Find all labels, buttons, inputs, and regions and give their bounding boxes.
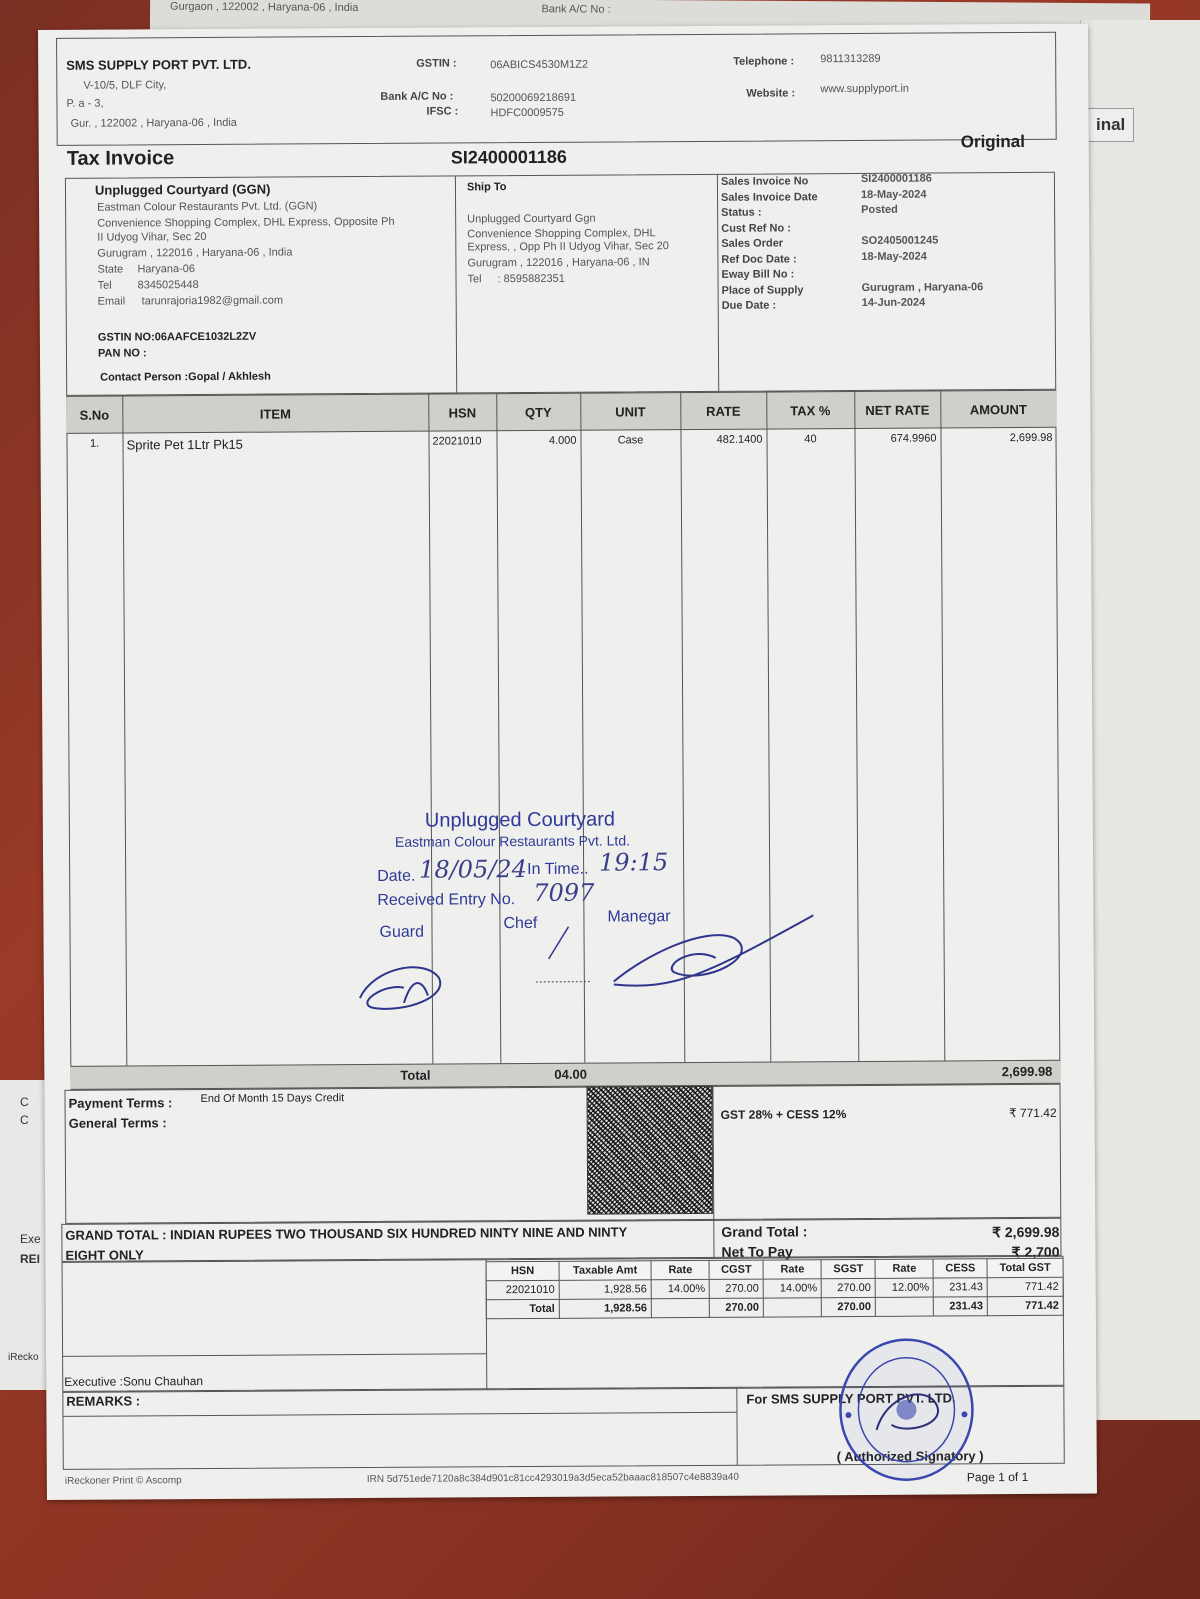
column-header: QTY — [496, 405, 580, 421]
bill-to-tel-label: Tel — [98, 280, 112, 292]
gst-total-cell: 231.43 — [934, 1297, 988, 1316]
telephone-label: Telephone : — [733, 55, 794, 67]
meta-label: Place of Supply — [722, 284, 804, 297]
bill-to-name: Unplugged Courtyard (GGN) — [95, 182, 271, 198]
gst-total-cell: 270.00 — [822, 1297, 876, 1316]
receipt-time-label: In Time.. — [527, 861, 588, 879]
meta-label: Sales Order — [721, 237, 783, 249]
meta-value: 18-May-2024 — [861, 188, 927, 200]
meta-value: Gurugram , Haryana-06 — [862, 281, 984, 294]
background-sheet-right: inal — [1080, 20, 1200, 1420]
bill-to-line: Gurugram , 122016 , Haryana-06 , India — [97, 246, 292, 259]
gst-total-cell: 270.00 — [710, 1298, 764, 1317]
bill-to-tel: 8345025448 — [138, 279, 199, 291]
seller-ifsc: HDFC0009575 — [490, 107, 563, 119]
gst-total-cell — [875, 1297, 933, 1316]
gst-breakup-table: HSNTaxable AmtRateCGSTRateSGSTRateCESSTo… — [486, 1258, 1064, 1320]
gst-column-header: Rate — [651, 1260, 709, 1279]
bill-to-line: Convenience Shopping Complex, DHL Expres… — [97, 216, 394, 230]
bill-to-line: Eastman Colour Restaurants Pvt. Ltd. (GG… — [97, 200, 317, 213]
company-seal — [836, 1334, 977, 1485]
bg-text: Gurgaon , 122002 , Haryana-06 , India — [170, 1, 358, 14]
gst-column-header: CGST — [709, 1260, 763, 1279]
bill-to-gstin: GSTIN NO:06AAFCE1032L2ZV — [98, 331, 256, 344]
gstin-label: GSTIN : — [416, 57, 456, 69]
bill-to-state-label: State — [97, 263, 123, 275]
gst-total-row: Total1,928.56270.00270.00231.43771.42 — [486, 1296, 1063, 1319]
ship-to-tel-label: Tel — [467, 273, 481, 285]
invoice-number: SI2400001186 — [451, 147, 567, 169]
bg-text: C — [20, 1113, 29, 1127]
items-total-label: Total — [400, 1068, 430, 1083]
receipt-time-value: 19:15 — [599, 848, 668, 876]
gst-cell: 14.00% — [651, 1279, 709, 1298]
item-cell-hsn: 22021010 — [432, 435, 492, 447]
item-cell-net_rate: 674.9960 — [858, 433, 936, 445]
print-credit: iReckoner Print © Ascomp — [65, 1475, 182, 1487]
bg-text: Exe — [20, 1232, 41, 1246]
item-cell-unit: Case — [584, 434, 676, 447]
payment-terms-value: End Of Month 15 Days Credit — [200, 1092, 344, 1105]
ifsc-label: IFSC : — [426, 105, 458, 117]
bg-text: C — [20, 1095, 29, 1109]
meta-label: Ref Doc Date : — [721, 253, 796, 265]
ship-to-tel: : 8595882351 — [497, 273, 564, 285]
seller-address-3: Gur. , 122002 , Haryana-06 , India — [71, 117, 237, 130]
seller-address-2: P. a - 3, — [66, 98, 103, 110]
gst-column-header: HSN — [486, 1261, 559, 1280]
bill-to-email-label: Email — [98, 295, 126, 307]
bank-ac-label: Bank A/C No : — [380, 90, 453, 102]
grand-total-label: Grand Total : — [721, 1223, 807, 1240]
item-cell-rate: 482.1400 — [684, 434, 762, 446]
meta-label: Cust Ref No : — [721, 222, 791, 234]
bg-original-tab: inal — [1087, 108, 1134, 142]
bill-to-line: II Udyog Vihar, Sec 20 — [97, 231, 206, 244]
gst-column-header: Rate — [875, 1259, 933, 1278]
page-number: Page 1 of 1 — [967, 1470, 1028, 1484]
gst-column-header: Taxable Amt — [559, 1261, 651, 1281]
contact-person: Contact Person :Gopal / Akhlesh — [100, 371, 271, 384]
gst-cell: 12.00% — [875, 1278, 933, 1297]
ship-to-line: Convenience Shopping Complex, DHL — [467, 227, 655, 240]
meta-label: Eway Bill No : — [721, 268, 794, 280]
column-header: S.No — [66, 407, 122, 422]
signature-scribbles — [343, 885, 814, 1018]
column-header: TAX % — [766, 403, 854, 419]
bill-to-pan: PAN NO : — [98, 347, 147, 359]
invoice-document: SMS SUPPLY PORT PVT. LTD. V-10/5, DLF Ci… — [38, 24, 1097, 1500]
gst-column-header: SGST — [821, 1259, 875, 1278]
bill-to-email[interactable]: tarunrajoria1982@gmail.com — [142, 295, 283, 308]
seller-bank-ac: 50200069218691 — [490, 92, 576, 105]
column-header: UNIT — [580, 404, 680, 420]
grand-total-value: ₹ 2,699.98 — [925, 1224, 1059, 1242]
meta-value: Posted — [861, 204, 898, 216]
copy-type: Original — [961, 132, 1025, 152]
bg-text: Bank A/C No : — [541, 3, 610, 15]
meta-value: SO2405001245 — [861, 235, 938, 247]
seller-website[interactable]: www.supplyport.in — [820, 83, 909, 96]
ship-to-line: Gurugram , 122016 , Haryana-06 , IN — [467, 256, 649, 269]
gst-total-cell: 771.42 — [987, 1296, 1063, 1315]
ship-to-line: Unplugged Courtyard Ggn — [467, 213, 595, 226]
bg-text: iRecko — [8, 1352, 39, 1363]
document-title: Tax Invoice — [67, 147, 175, 171]
column-header: RATE — [680, 404, 766, 420]
bill-to-state: Haryana-06 — [137, 263, 195, 275]
gst-cell: 270.00 — [710, 1279, 764, 1298]
column-header: ITEM — [122, 406, 428, 423]
gst-column-header: Rate — [763, 1260, 821, 1279]
gst-total-cell: 1,928.56 — [559, 1299, 651, 1319]
item-cell-tax: 40 — [770, 433, 850, 445]
receipt-stamp-subtitle: Eastman Colour Restaurants Pvt. Ltd. — [395, 832, 630, 849]
items-total-qty: 04.00 — [554, 1067, 587, 1082]
items-total-amount: 2,699.98 — [944, 1064, 1052, 1080]
meta-label: Due Date : — [722, 299, 776, 311]
gst-cell: 1,928.56 — [559, 1280, 651, 1300]
item-cell-sno: 1. — [70, 438, 118, 450]
receipt-date-value: 18/05/24 — [419, 855, 527, 884]
meta-value: 14-Jun-2024 — [862, 297, 926, 309]
gst-total-cell: Total — [486, 1299, 559, 1318]
remarks-label: REMARKS : — [66, 1393, 140, 1408]
website-label: Website : — [746, 87, 795, 99]
meta-value: 18-May-2024 — [861, 250, 927, 262]
gst-cell: 771.42 — [987, 1277, 1063, 1296]
general-terms-label: General Terms : — [69, 1115, 167, 1131]
gst-total-cell — [651, 1298, 709, 1317]
ship-to-line: Express, , Opp Ph II Udyog Vihar, Sec 20 — [467, 240, 669, 253]
tax-summary-value: ₹ 771.42 — [945, 1106, 1057, 1121]
gst-cell: 14.00% — [763, 1279, 821, 1298]
executive: Executive :Sonu Chauhan — [64, 1374, 203, 1389]
gst-total-cell — [763, 1298, 821, 1317]
payment-terms-label: Payment Terms : — [69, 1095, 173, 1111]
seller-telephone: 9811313289 — [820, 53, 880, 65]
meta-label: Sales Invoice No — [721, 175, 809, 188]
seller-address-1: V-10/5, DLF City, — [83, 79, 166, 92]
tax-summary-label: GST 28% + CESS 12% — [721, 1107, 847, 1122]
gst-cell: 22021010 — [486, 1280, 559, 1299]
seller-gstin: 06ABICS4530M1Z2 — [490, 59, 588, 72]
column-header: AMOUNT — [940, 402, 1056, 418]
receipt-date-label: Date. — [377, 868, 415, 886]
item-cell-qty: 4.000 — [500, 435, 576, 447]
column-header: NET RATE — [854, 402, 940, 418]
meta-label: Sales Invoice Date — [721, 191, 818, 204]
qr-code — [586, 1086, 713, 1215]
bg-text: REI — [20, 1252, 40, 1266]
meta-value: SI2400001186 — [861, 173, 932, 185]
column-header: HSN — [428, 405, 496, 420]
irn: IRN 5d751ede7120a8c384d901c81cc4293019a3… — [367, 1472, 739, 1485]
item-cell-amount: 2,699.98 — [944, 432, 1052, 445]
ship-to-heading: Ship To — [467, 181, 507, 193]
seller-name: SMS SUPPLY PORT PVT. LTD. — [66, 57, 251, 73]
item-cell-item: Sprite Pet 1Ltr Pk15 — [126, 436, 424, 453]
receipt-stamp-title: Unplugged Courtyard — [425, 808, 615, 832]
gst-column-header: CESS — [933, 1259, 987, 1278]
gst-cell: 231.43 — [934, 1278, 988, 1297]
meta-label: Status : — [721, 207, 761, 219]
gst-column-header: Total GST — [987, 1258, 1063, 1277]
gst-cell: 270.00 — [822, 1278, 876, 1297]
